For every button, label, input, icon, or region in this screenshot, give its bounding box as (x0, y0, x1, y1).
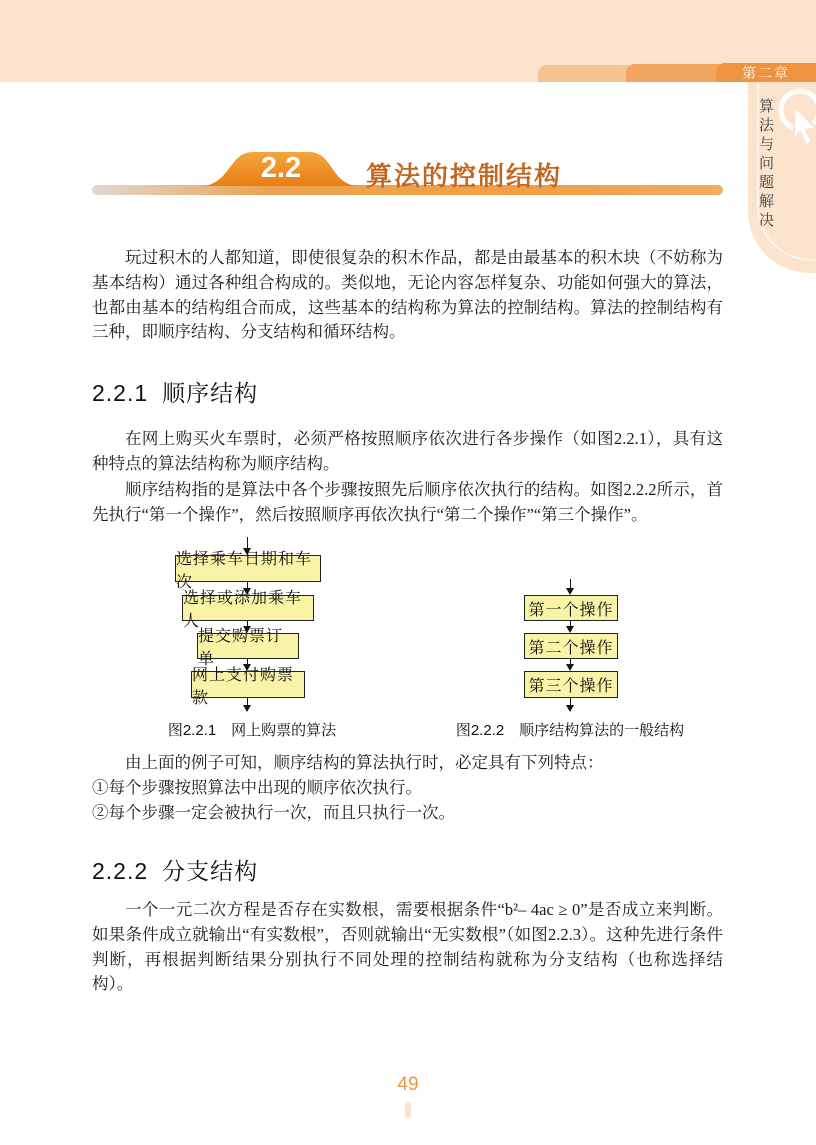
fig2-step-box: 第一个操作 (524, 595, 618, 621)
fig1-step-box: 选择乘车日期和车次 (175, 555, 321, 582)
fig2-step-box: 第三个操作 (524, 671, 618, 698)
page-number: 49 (368, 1074, 448, 1096)
subsection-title: 顺序结构 (162, 375, 258, 408)
fig2-exit-arrow (570, 698, 571, 705)
chapter-sidebar: 算法与问题解决 (748, 82, 816, 273)
fig1-caption: 图2.2.1 网上购票的算法 (92, 719, 412, 740)
subsection-number: 2.2.1 (92, 380, 148, 407)
intro-paragraph: 玩过积木的人都知道，即使很复杂的积木作品，都是由最基本的积木块（不妨称为基本结构… (92, 246, 723, 345)
subsection-heading-222: 2.2.2 分支结构 (92, 853, 258, 886)
fig2-arrow (570, 659, 571, 664)
fig1-step-box: 选择或添加乘车人 (182, 595, 314, 621)
feature-item-1: ①每个步骤按照算法中出现的顺序依次执行。 (92, 776, 723, 801)
fig2-arrow (570, 621, 571, 626)
sub1-paragraph-2: 顺序结构指的是算法中各个步骤按照先后顺序依次执行的结构。如图2.2.2所示，首先… (92, 478, 723, 528)
fig2-caption: 图2.2.2 顺序结构算法的一般结构 (420, 719, 720, 740)
fig2-step-box: 第二个操作 (524, 633, 618, 659)
fig1-exit-arrow (247, 698, 248, 705)
subsection-heading-221: 2.2.1 顺序结构 (92, 375, 258, 408)
features-intro: 由上面的例子可知，顺序结构的算法执行时，必定具有下列特点： (92, 751, 723, 776)
page-number-tick (405, 1102, 411, 1118)
subsection-number: 2.2.2 (92, 858, 148, 885)
chapter-tab: 第二章 (716, 63, 816, 82)
chapter-tab-label: 第二章 (742, 63, 790, 83)
sub2-paragraph-1: 一个一元二次方程是否存在实数根，需要根据条件“b²– 4ac ≥ 0”是否成立来… (92, 898, 723, 997)
textbook-page: 第二章 算法与问题解决 2.2 算法的控制结构 玩过积木的人都知道，即使很复杂的… (0, 0, 816, 1145)
section-number: 2.2 (243, 152, 319, 185)
fig1-step-box: 提交购票订单 (197, 633, 299, 659)
section-title: 算法的控制结构 (366, 156, 562, 193)
cursor-click-icon (770, 84, 816, 148)
feature-item-2: ②每个步骤一定会被执行一次，而且只执行一次。 (92, 801, 723, 826)
sub1-paragraph-1: 在网上购买火车票时，必须严格按照顺序依次进行各步操作（如图2.2.1），具有这种… (92, 427, 723, 477)
subsection-title: 分支结构 (162, 853, 258, 886)
sidebar-vertical-title: 算法与问题解决 (755, 98, 776, 231)
fig2-entry-arrow (570, 579, 571, 588)
fig1-step-box: 网上支付购票款 (191, 671, 305, 698)
header-band: 第二章 (0, 0, 816, 82)
